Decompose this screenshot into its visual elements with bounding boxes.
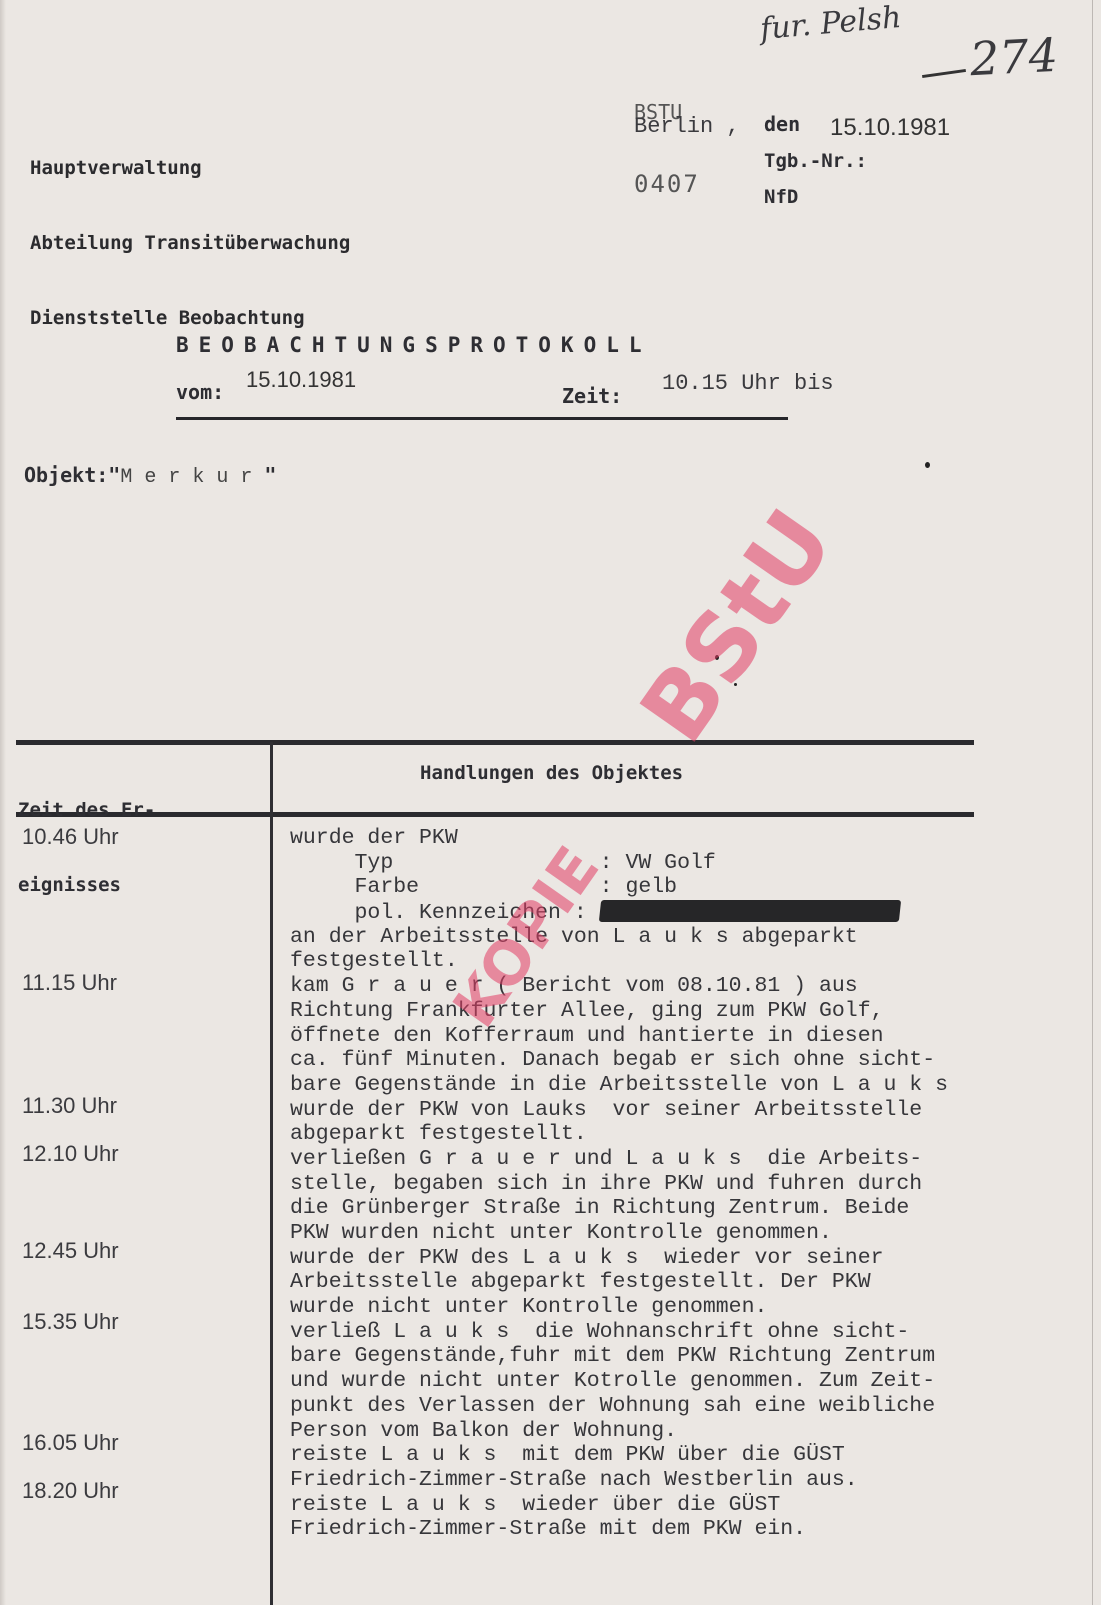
objekt-label: Objekt:" bbox=[24, 463, 120, 487]
entry-line: an der Arbeitsstelle von L a u k s abgep… bbox=[290, 925, 948, 950]
document-date: 15.10.1981 bbox=[830, 114, 950, 142]
org-line: Hauptverwaltung bbox=[30, 156, 350, 181]
event-time: 11.15 Uhr bbox=[22, 970, 117, 996]
entry-line: reiste L a u k s wieder über die GÜST bbox=[290, 1493, 948, 1518]
entry-line: ca. fünf Minuten. Danach begab er sich o… bbox=[290, 1048, 948, 1073]
entry-line: öffnete den Kofferraum und hantierte in … bbox=[290, 1024, 948, 1049]
entry-line: festgestellt. bbox=[290, 949, 948, 974]
event-time: 15.35 Uhr bbox=[22, 1309, 119, 1335]
entry-line: Friedrich-Zimmer-Straße mit dem PKW ein. bbox=[290, 1517, 948, 1542]
event-time: 12.45 Uhr bbox=[22, 1238, 119, 1264]
column-header-time-line: eignisses bbox=[18, 873, 155, 898]
entry-line: Person vom Balkon der Wohnung. bbox=[290, 1419, 948, 1444]
entry-line: wurde nicht unter Kontrolle genommen. bbox=[290, 1295, 948, 1320]
title-underline bbox=[176, 417, 788, 420]
city: Berlin , bbox=[634, 114, 740, 139]
column-header-actions: Handlungen des Objektes bbox=[420, 762, 683, 784]
tgb-number-label: Tgb.-Nr.: bbox=[764, 150, 867, 172]
archive-stamp: BSTU 0407 bbox=[634, 52, 700, 244]
entry-line: wurde der PKW von Lauks vor seiner Arbei… bbox=[290, 1098, 948, 1123]
archive-number: 0407 bbox=[634, 172, 700, 196]
entry-line: reiste L a u k s mit dem PKW über die GÜ… bbox=[290, 1443, 948, 1468]
classification: NfD bbox=[764, 186, 798, 208]
redaction-bar bbox=[599, 900, 901, 922]
event-time: 10.46 Uhr bbox=[22, 824, 119, 850]
entry-line: Farbe : gelb bbox=[290, 875, 948, 900]
table-header-rule bbox=[16, 812, 974, 817]
entry-line: stelle, begaben sich in ihre PKW und fuh… bbox=[290, 1172, 948, 1197]
objekt-close-quote: " bbox=[264, 463, 276, 487]
zeit-label: Zeit: bbox=[562, 384, 622, 408]
objekt-line: Objekt:"Merkur" bbox=[24, 463, 276, 489]
event-time: 18.20 Uhr bbox=[22, 1478, 119, 1504]
ink-speck bbox=[715, 655, 719, 660]
entry-line: kam G r a u e r ( Bericht vom 08.10.81 )… bbox=[290, 974, 948, 999]
org-line: Abteilung Transitüberwachung bbox=[30, 231, 350, 256]
column-header-time-line: Zeit des Er- bbox=[18, 798, 155, 823]
entry-line: und wurde nicht unter Kotrolle genommen.… bbox=[290, 1369, 948, 1394]
entry-line: abgeparkt festgestellt. bbox=[290, 1122, 948, 1147]
event-time: 11.30 Uhr bbox=[22, 1093, 117, 1119]
entry-line: wurde der PKW des L a u k s wieder vor s… bbox=[290, 1246, 948, 1271]
event-time: 16.05 Uhr bbox=[22, 1430, 119, 1456]
entry-line: Richtung Frankfurter Allee, ging zum PKW… bbox=[290, 999, 948, 1024]
entry-line: die Grünberger Straße in Richtung Zentru… bbox=[290, 1196, 948, 1221]
zeit-value: 10.15 Uhr bis bbox=[662, 371, 834, 396]
entry-line: wurde der PKW bbox=[290, 826, 948, 851]
entry-line: Arbeitsstelle abgeparkt festgestellt. De… bbox=[290, 1270, 948, 1295]
objekt-name: Merkur bbox=[120, 466, 264, 489]
scan-edge-left bbox=[0, 0, 6, 1605]
org-line: Dienststelle Beobachtung bbox=[30, 306, 350, 331]
entry-line: bare Gegenstände,fuhr mit dem PKW Richtu… bbox=[290, 1344, 948, 1369]
entry-line: bare Gegenstände in die Arbeitsstelle vo… bbox=[290, 1073, 948, 1098]
handwritten-dash bbox=[922, 69, 966, 78]
den-label: den bbox=[764, 112, 800, 136]
vom-label: vom: bbox=[176, 380, 224, 404]
vom-value: 15.10.1981 bbox=[246, 367, 356, 393]
entry-line: Friedrich-Zimmer-Straße nach Westberlin … bbox=[290, 1468, 948, 1493]
table-top-rule bbox=[16, 740, 974, 745]
entry-line: verließen G r a u e r und L a u k s die … bbox=[290, 1147, 948, 1172]
entry-line: pol. Kennzeichen : bbox=[290, 900, 948, 925]
entry-line: Typ : VW Golf bbox=[290, 851, 948, 876]
ink-speck bbox=[925, 462, 930, 468]
bstu-stamp: BStU bbox=[620, 491, 854, 761]
entry-line: PKW wurden nicht unter Kontrolle genomme… bbox=[290, 1221, 948, 1246]
entry-line: verließ L a u k s die Wohnanschrift ohne… bbox=[290, 1320, 948, 1345]
handwritten-page-number: 274 bbox=[969, 28, 1060, 87]
handwritten-note: fur. Pelsh bbox=[759, 0, 903, 47]
event-descriptions: wurde der PKW Typ : VW Golf Farbe : gelb… bbox=[290, 826, 948, 1542]
document-title: BEOBACHTUNGSPROTOKOLL bbox=[176, 333, 652, 357]
scan-edge-right bbox=[1092, 0, 1093, 1605]
document-page: fur. Pelsh 274 Hauptverwaltung Abteilung… bbox=[0, 0, 1101, 1605]
column-divider bbox=[270, 742, 273, 1605]
entry-line: punkt des Verlassen der Wohnung sah eine… bbox=[290, 1394, 948, 1419]
ink-speck bbox=[734, 683, 737, 686]
event-time: 12.10 Uhr bbox=[22, 1141, 119, 1167]
